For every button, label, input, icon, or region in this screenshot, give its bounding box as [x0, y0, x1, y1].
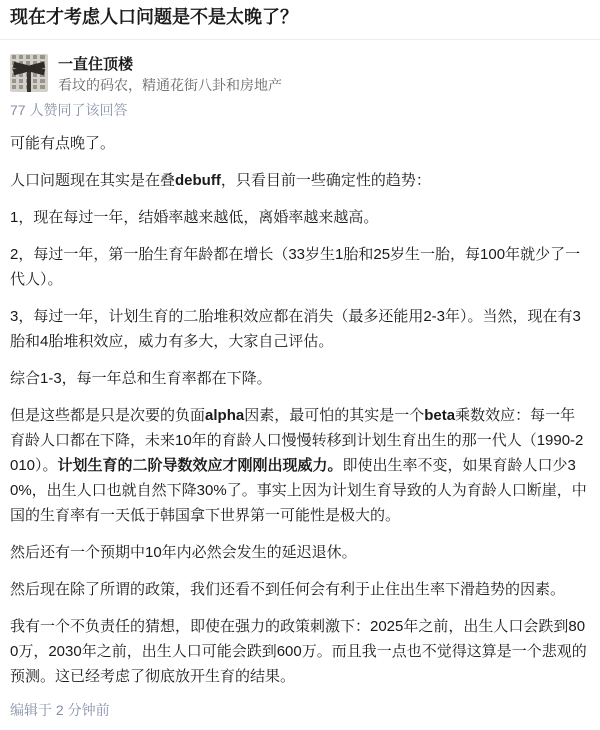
body-text: 1，现在每过一年，结婚率越来越低，离婚率越来越高。 — [10, 209, 378, 226]
body-text: 综合1-3，每一年总和生育率都在下降。 — [10, 370, 272, 387]
answer-paragraph: 可能有点晚了。 — [10, 131, 590, 156]
author-name[interactable]: 一直住顶楼 — [58, 55, 282, 74]
body-text: 因素，最可怕的其实是一个 — [244, 407, 424, 424]
body-text: 人口问题现在其实是在叠 — [10, 172, 175, 189]
answer-paragraph: 1，现在每过一年，结婚率越来越低，离婚率越来越高。 — [10, 205, 590, 230]
edit-timestamp: 编辑于 2 分钟前 — [10, 701, 590, 720]
answer-paragraph: 但是这些都是只是次要的负面alpha因素，最可怕的其实是一个beta乘数效应：每… — [10, 403, 590, 528]
body-text: ，只看目前一些确定性的趋势： — [221, 172, 431, 189]
body-text: 然后现在除了所谓的政策，我们还看不到任何会有利于止住出生率下滑趋势的因素。 — [10, 581, 565, 598]
keyword-text: alpha — [205, 407, 244, 424]
body-text: 但是这些都是只是次要的负面 — [10, 407, 205, 424]
body-text: 可能有点晚了。 — [10, 135, 115, 152]
body-text: 2，每过一年，第一胎生育年龄都在增长（33岁生1胎和25岁生一胎，每100年就少… — [10, 246, 580, 288]
street-sign-avatar-icon — [10, 54, 48, 92]
answer-paragraph: 2，每过一年，第一胎生育年龄都在增长（33岁生1胎和25岁生一胎，每100年就少… — [10, 242, 590, 292]
question-title[interactable]: 现在才考虑人口问题是不是太晚了？ — [10, 2, 590, 39]
author-bio: 看坟的码农，精通花街八卦和房地产 — [58, 76, 282, 94]
author-avatar[interactable] — [10, 54, 48, 92]
divider — [0, 39, 600, 40]
keyword-text: debuff — [175, 172, 221, 189]
bold-emphasis-text: 计划生育的二阶导数效应才刚刚出现威力。 — [58, 457, 343, 474]
author-row: 一直住顶楼 看坟的码农，精通花街八卦和房地产 — [10, 54, 590, 94]
answer-body: 可能有点晚了。人口问题现在其实是在叠debuff，只看目前一些确定性的趋势：1，… — [10, 131, 590, 689]
answer-paragraph: 然后现在除了所谓的政策，我们还看不到任何会有利于止住出生率下滑趋势的因素。 — [10, 577, 590, 602]
answer-page: 现在才考虑人口问题是不是太晚了？ — [0, 0, 600, 730]
body-text: 3，每过一年，计划生育的二胎堆积效应都在消失（最多还能用2-3年）。当然，现在有… — [10, 308, 581, 350]
answer-paragraph: 然后还有一个预期中10年内必然会发生的延迟退休。 — [10, 540, 590, 565]
answer-paragraph: 3，每过一年，计划生育的二胎堆积效应都在消失（最多还能用2-3年）。当然，现在有… — [10, 304, 590, 354]
answer-paragraph: 我有一个不负责任的猜想，即使在强力的政策刺激下：2025年之前，出生人口会跌到8… — [10, 614, 590, 689]
upvote-count-text: 77 人赞同了该回答 — [10, 102, 590, 119]
answer-paragraph: 综合1-3，每一年总和生育率都在下降。 — [10, 366, 590, 391]
keyword-text: beta — [424, 407, 455, 424]
body-text: 我有一个不负责任的猜想，即使在强力的政策刺激下：2025年之前，出生人口会跌到8… — [10, 618, 587, 685]
author-info: 一直住顶楼 看坟的码农，精通花街八卦和房地产 — [58, 54, 282, 94]
answer-paragraph: 人口问题现在其实是在叠debuff，只看目前一些确定性的趋势： — [10, 168, 590, 193]
body-text: 然后还有一个预期中10年内必然会发生的延迟退休。 — [10, 544, 357, 561]
